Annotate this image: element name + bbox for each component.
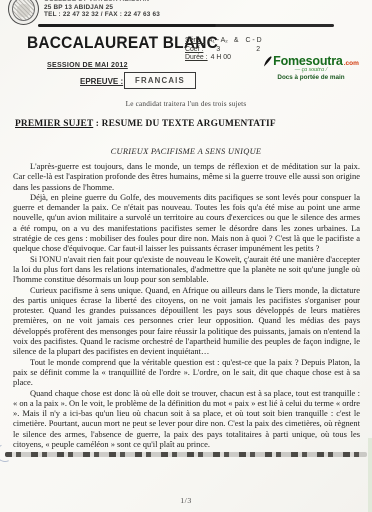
coef-row: Coef :32 [185,46,262,55]
coef-left: 3 [216,46,220,53]
brand-tld: .com [344,60,359,67]
coef-right: 2 [256,46,260,53]
paragraph-6: Quand chaque chose est donc là où elle d… [13,388,360,450]
text-title: CURIEUX PACIFISME A SENS UNIQUE [0,147,372,156]
school-header: COLLEGE ST VIATEUR ABIDJAN 25 BP 13 ABID… [44,0,224,19]
epreuve-value-box: FRANCAIS [124,72,196,89]
subject-separator: : [93,119,101,129]
school-address: 25 BP 13 ABIDJAN 25 [44,4,224,12]
epreuve-label: EPREUVE : [80,77,123,86]
fomesoutra-logo: Fomesoutra.com ça soutra Docs à portée d… [255,54,367,81]
duree-value: 4 H 00 [211,54,231,61]
school-name: COLLEGE ST VIATEUR ABIDJAN [44,0,224,4]
exam-session: SESSION DE MAI 2012 [47,62,128,69]
brand-subtitle: Docs à portée de main [255,74,367,81]
paragraph-4: Curieux pacifisme à sens unique. Quand, … [13,285,360,357]
duree-label: Durée : [185,54,208,61]
candidate-instruction: Le candidat traitera l'un des trois suje… [0,100,372,108]
serie-left: A₁ - A₂ [208,37,228,44]
subject-heading: PREMIER SUJET : RESUME DU TEXTE ARGUMENT… [15,119,276,129]
page-number: 1/3 [0,496,372,505]
serie-row: Série :A₁ - A₂&C - D [185,37,262,46]
duree-row: Durée :4 H 00 [185,54,262,63]
serie-amp: & [234,37,239,44]
brand-name: Fomesoutra [273,54,343,68]
document-body-text: L'après-guerre est toujours, dans le mon… [13,161,360,449]
exam-meta: Série :A₁ - A₂&C - D Coef :32 Durée :4 H… [185,37,262,63]
subject-title: RESUME DU TEXTE ARGUMENTATIF [102,119,276,129]
scanned-exam-page: COLLEGE ST VIATEUR ABIDJAN 25 BP 13 ABID… [0,0,372,512]
school-phone: TEL : 22 47 32 32 / FAX : 22 47 63 63 [44,11,224,19]
paragraph-3: Si l'ONU n'avait rien fait pour qu'exist… [13,254,360,285]
school-crest-icon [8,0,39,25]
paragraph-1: L'après-guerre est toujours, dans le mon… [13,161,360,192]
brand-tagline: ça soutra [255,67,367,73]
coef-label: Coef : [185,46,203,53]
serie-right: C - D [245,37,261,44]
fomesoutra-wordmark: Fomesoutra.com [255,54,367,68]
scan-smudge-line [5,452,367,457]
paragraph-2: Déjà, en pleine guerre du Golfe, des mou… [13,192,360,254]
serie-label: Série : [185,37,205,44]
school-crest-inner [12,0,35,21]
header-divider [38,24,334,27]
fomesoutra-swoosh-icon [263,56,272,67]
paragraph-5: Tout le monde comprend que la véritable … [13,357,360,388]
subject-label: PREMIER SUJET [15,119,93,129]
